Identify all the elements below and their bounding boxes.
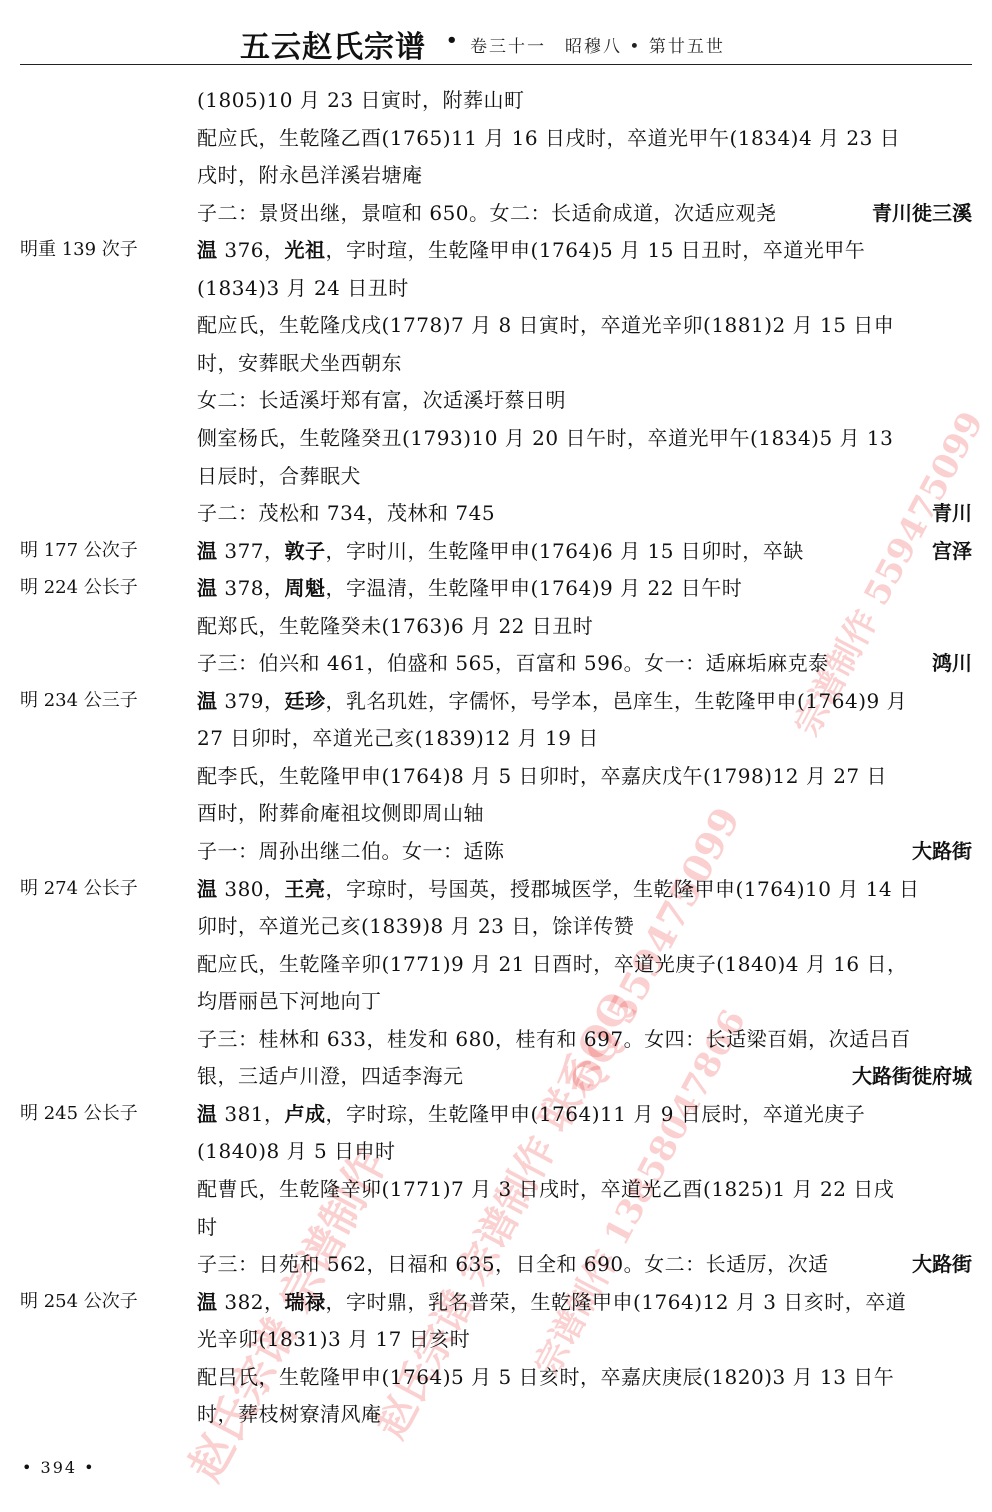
entry-text: ，字时瑄，生乾隆甲申(1764)5 月 15 日丑时，卒道光甲午 [326, 238, 866, 262]
entry-line: (1805)10 月 23 日寅时，附葬山町 [197, 82, 972, 118]
generation-number: 温 382， [197, 1290, 285, 1314]
entry-line: 光辛卯(1831)3 月 17 日亥时 [197, 1321, 972, 1357]
ancestor-label: 明 177 公次子 [20, 533, 190, 569]
person-entry-line: 温 381，卢成，字时琮，生乾隆甲申(1764)11 月 9 日辰时，卒道光庚子 [197, 1096, 972, 1132]
entry-line: 子一：周孙出继二伯。女一：适陈大路街 [197, 833, 972, 869]
entry-text: 配应氏，生乾隆乙酉(1765)11 月 16 日戌时，卒道光甲午(1834)4 … [197, 126, 900, 150]
entry-line: 配应氏，生乾隆辛卯(1771)9 月 21 日酉时，卒道光庚子(1840)4 月… [197, 946, 972, 982]
entry-line: 戌时，附永邑洋溪岩塘庵 [197, 157, 972, 193]
person-name: 周魁 [285, 576, 326, 600]
entry-line: 子三：桂林和 633，桂发和 680，桂有和 697。女四：长适梁百娟，次适吕百 [197, 1021, 972, 1057]
entry-text: 配应氏，生乾隆戊戌(1778)7 月 8 日寅时，卒道光辛卯(1881)2 月 … [197, 313, 894, 337]
entry-line: 时 [197, 1209, 972, 1245]
generation-number: 温 376， [197, 238, 285, 262]
person-name: 卢成 [285, 1102, 326, 1126]
ancestor-label: 明 274 公长子 [20, 871, 190, 907]
entry-line: 女二：长适溪圩郑有富，次适溪圩蔡日明 [197, 382, 972, 418]
title-separator-dot: • [446, 30, 458, 51]
entry-text: ，字温清，生乾隆甲申(1764)9 月 22 日午时 [326, 576, 743, 600]
entry-text: 侧室杨氏，生乾隆癸丑(1793)10 月 20 日午时，卒道光甲午(1834)5… [197, 426, 893, 450]
residence-place: 大路街 [912, 1246, 972, 1282]
ancestor-label: 明 234 公三子 [20, 683, 190, 719]
person-name: 王亮 [285, 877, 326, 901]
entry-line: 侧室杨氏，生乾隆癸丑(1793)10 月 20 日午时，卒道光甲午(1834)5… [197, 420, 972, 456]
ancestor-label: 明 224 公长子 [20, 570, 190, 606]
entry-line: 配应氏，生乾隆戊戌(1778)7 月 8 日寅时，卒道光辛卯(1881)2 月 … [197, 307, 972, 343]
entry-text: 配曹氏，生乾隆辛卯(1771)7 月 3 日戌时，卒道光乙酉(1825)1 月 … [197, 1177, 894, 1201]
entry-text: 子三：桂林和 633，桂发和 680，桂有和 697。女四：长适梁百娟，次适吕百 [197, 1027, 911, 1051]
generation-number: 温 379， [197, 689, 285, 713]
person-entry-line: 温 378，周魁，字温清，生乾隆甲申(1764)9 月 22 日午时 [197, 570, 972, 606]
ancestor-label: 明重 139 次子 [20, 232, 190, 268]
generation-number: 温 377， [197, 539, 285, 563]
entry-line: 配郑氏，生乾隆癸未(1763)6 月 22 日丑时 [197, 608, 972, 644]
entry-text: 子一：周孙出继二伯。女一：适陈 [197, 839, 505, 863]
entry-text: 银，三适卢川澄，四适李海元 [197, 1064, 464, 1088]
entry-text: 子三：日苑和 562，日福和 635，日全和 690。女二：长适厉，次适 [197, 1252, 829, 1276]
entry-text: 时，葬枝树寮清风庵 [197, 1402, 382, 1426]
person-name: 敦子 [285, 539, 326, 563]
person-entry-line: 温 376，光祖，字时瑄，生乾隆甲申(1764)5 月 15 日丑时，卒道光甲午 [197, 232, 972, 268]
entry-line: 子二：茂松和 734，茂林和 745青川 [197, 495, 972, 531]
entry-line: 银，三适卢川澄，四适李海元大路街徙府城 [197, 1058, 972, 1094]
entry-line: 日辰时，合葬眠犬 [197, 458, 972, 494]
ancestor-label: 明 254 公次子 [20, 1284, 190, 1320]
entry-text: 酉时，附葬俞庵祖坟侧即周山轴 [197, 801, 484, 825]
person-name: 瑞禄 [285, 1290, 326, 1314]
person-entry-line: 温 380，王亮，字琼时，号国英，授郡城医学，生乾隆甲申(1764)10 月 1… [197, 871, 972, 907]
entry-line: 配应氏，生乾隆乙酉(1765)11 月 16 日戌时，卒道光甲午(1834)4 … [197, 120, 972, 156]
entry-line: 卯时，卒道光己亥(1839)8 月 23 日，馀详传赞 [197, 908, 972, 944]
entry-text: 日辰时，合葬眠犬 [197, 464, 361, 488]
chapter-subtitle: 卷三十一 昭穆八 • 第廿五世 [470, 32, 725, 57]
entry-text: 配吕氏，生乾隆甲申(1764)5 月 5 日亥时，卒嘉庆庚辰(1820)3 月 … [197, 1365, 894, 1389]
entry-line: 子二：景贤出继，景喧和 650。女二：长适俞成道，次适应观尧青川徙三溪 [197, 195, 972, 231]
entry-text: ，字琼时，号国英，授郡城医学，生乾隆甲申(1764)10 月 14 日 [326, 877, 920, 901]
ancestor-label: 明 245 公长子 [20, 1096, 190, 1132]
entry-line: 子三：日苑和 562，日福和 635，日全和 690。女二：长适厉，次适大路街 [197, 1246, 972, 1282]
entry-text: ，字时鼎，乳名普荣，生乾隆甲申(1764)12 月 3 日亥时，卒道 [326, 1290, 907, 1314]
entry-text: ，字时琮，生乾隆甲申(1764)11 月 9 日辰时，卒道光庚子 [326, 1102, 866, 1126]
person-entry-line: 温 377，敦子，字时川，生乾隆甲申(1764)6 月 15 日卯时，卒缺宫泽 [197, 533, 972, 569]
entry-line: 配吕氏，生乾隆甲申(1764)5 月 5 日亥时，卒嘉庆庚辰(1820)3 月 … [197, 1359, 972, 1395]
generation-number: 温 380， [197, 877, 285, 901]
page-number: • 394 • [22, 1458, 96, 1477]
header-rule [20, 64, 972, 65]
entry-text: 女二：长适溪圩郑有富，次适溪圩蔡日明 [197, 388, 566, 412]
entry-line: 时，葬枝树寮清风庵 [197, 1396, 972, 1432]
entry-text: 均厝丽邑下河地向丁 [197, 989, 382, 1013]
entry-text: 时，安葬眠犬坐西朝东 [197, 351, 402, 375]
residence-place: 青川 [932, 495, 972, 531]
entry-line: 时，安葬眠犬坐西朝东 [197, 345, 972, 381]
entry-line: 配李氏，生乾隆甲申(1764)8 月 5 日卯时，卒嘉庆戊午(1798)12 月… [197, 758, 972, 794]
residence-place: 大路街 [912, 833, 972, 869]
entry-text: (1834)3 月 24 日丑时 [197, 276, 409, 300]
entry-text: 配应氏，生乾隆辛卯(1771)9 月 21 日酉时，卒道光庚子(1840)4 月… [197, 952, 908, 976]
entry-text: 子二：景贤出继，景喧和 650。女二：长适俞成道，次适应观尧 [197, 201, 777, 225]
entry-text: (1840)8 月 5 日申时 [197, 1139, 396, 1163]
entry-text: ，乳名玑姓，字儒怀，号学本，邑庠生，生乾隆甲申(1764)9 月 [326, 689, 908, 713]
entry-line: 配曹氏，生乾隆辛卯(1771)7 月 3 日戌时，卒道光乙酉(1825)1 月 … [197, 1171, 972, 1207]
generation-number: 温 381， [197, 1102, 285, 1126]
person-entry-line: 温 382，瑞禄，字时鼎，乳名普荣，生乾隆甲申(1764)12 月 3 日亥时，… [197, 1284, 972, 1320]
entry-line: (1834)3 月 24 日丑时 [197, 270, 972, 306]
entry-line: 27 日卯时，卒道光己亥(1839)12 月 19 日 [197, 720, 972, 756]
residence-place: 宫泽 [932, 533, 972, 569]
residence-place: 大路街徙府城 [852, 1058, 972, 1094]
entry-line: 均厝丽邑下河地向丁 [197, 983, 972, 1019]
entry-text: (1805)10 月 23 日寅时，附葬山町 [197, 88, 524, 112]
entry-text: 子二：茂松和 734，茂林和 745 [197, 501, 495, 525]
residence-place: 鸿川 [932, 645, 972, 681]
entry-line: 酉时，附葬俞庵祖坟侧即周山轴 [197, 795, 972, 831]
entry-text: 时 [197, 1215, 218, 1239]
book-title: 五云赵氏宗谱 [240, 22, 426, 66]
entry-line: 子三：伯兴和 461，伯盛和 565，百富和 596。女一：适麻垢麻克泰鸿川 [197, 645, 972, 681]
entry-text: 戌时，附永邑洋溪岩塘庵 [197, 163, 423, 187]
residence-place: 青川徙三溪 [872, 195, 972, 231]
generation-number: 温 378， [197, 576, 285, 600]
entry-text: 卯时，卒道光己亥(1839)8 月 23 日，馀详传赞 [197, 914, 634, 938]
entry-text: 配郑氏，生乾隆癸未(1763)6 月 22 日丑时 [197, 614, 593, 638]
person-name: 廷珍 [285, 689, 326, 713]
entry-text: 27 日卯时，卒道光己亥(1839)12 月 19 日 [197, 726, 599, 750]
person-name: 光祖 [285, 238, 326, 262]
entry-text: 配李氏，生乾隆甲申(1764)8 月 5 日卯时，卒嘉庆戊午(1798)12 月… [197, 764, 887, 788]
person-entry-line: 温 379，廷珍，乳名玑姓，字儒怀，号学本，邑庠生，生乾隆甲申(1764)9 月 [197, 683, 972, 719]
entry-text: 子三：伯兴和 461，伯盛和 565，百富和 596。女一：适麻垢麻克泰 [197, 651, 829, 675]
entry-text: ，字时川，生乾隆甲申(1764)6 月 15 日卯时，卒缺 [326, 539, 804, 563]
entry-line: (1840)8 月 5 日申时 [197, 1133, 972, 1169]
entry-text: 光辛卯(1831)3 月 17 日亥时 [197, 1327, 470, 1351]
